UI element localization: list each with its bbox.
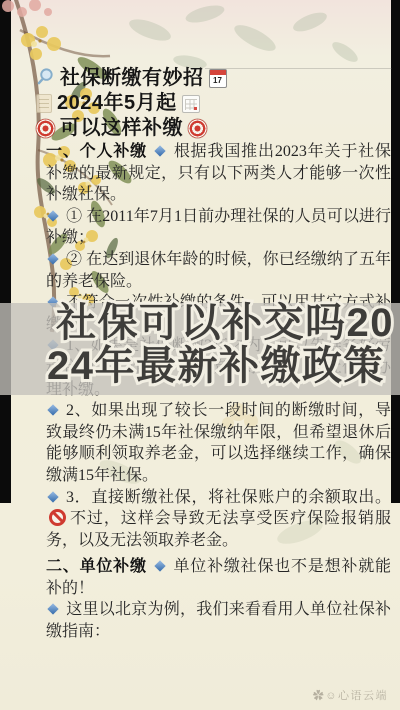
page-icon [36, 94, 52, 113]
diamond-bullet-icon [47, 253, 58, 264]
paragraph: 3．直接断缴社保，将社保账户的余额取出。不过，这样会导致无法享受医疗保险报销服务… [46, 487, 391, 552]
magnifier-icon [36, 67, 55, 91]
body-run: 2、如果出现了较长一段时间的断缴时间，导致最终仍未满15年社保缴纳年限，但希望退… [46, 402, 391, 484]
paragraph: 二、单位补缴单位补缴社保也不是想补就能补的！ [46, 556, 391, 599]
paragraph: 一、个人补缴根据我国推出2023年关于社保补缴的最新规定，只有以下两类人才能够一… [46, 141, 391, 206]
no-entry-icon [49, 509, 66, 526]
overlay-line2: 24年最新补缴政策24年最新补缴政策 [47, 344, 400, 388]
calendar-day: 17 [210, 75, 226, 86]
diamond-bullet-icon [154, 145, 165, 156]
paragraph: ② 在达到退休年龄的时候，你已经缴纳了五年的养老保险。 [46, 249, 391, 292]
right-black-bar [391, 0, 400, 503]
title-line2: 2024年5月起 [57, 91, 177, 116]
title-line3: 可以这样补缴 [60, 116, 183, 141]
paragraph: 2、如果出现了较长一段时间的断缴时间，导致最终仍未满15年社保缴纳年限，但希望退… [46, 400, 391, 486]
image-card: 社保断缴有妙招 17 2024年5月起 可以这样补缴 一、个人补缴根据我国推出2… [0, 0, 400, 710]
overlay-title: 社保可以补交吗20社保可以补交吗20 24年最新补缴政策24年最新补缴政策 [0, 301, 400, 388]
left-black-bar [0, 0, 11, 503]
calendar-grid-icon [182, 95, 200, 113]
overlay-line1-text: 社保可以补交吗20 [56, 301, 394, 345]
section-header: 一、个人补缴 [46, 143, 147, 160]
calendar-17-icon: 17 [209, 69, 227, 88]
overlay-line1: 社保可以补交吗20社保可以补交吗20 [56, 301, 400, 345]
divider-line [205, 68, 392, 69]
paragraph: ① 在2011年7月1日前办理社保的人员可以进行补缴； [46, 206, 391, 249]
diamond-bullet-icon [47, 491, 58, 502]
body-run: 这里以北京为例，我们来看看用人单位社保补缴指南： [46, 601, 391, 640]
body-run: 3．直接断缴社保，将社保账户的余额取出。 [66, 489, 391, 506]
body-run: ② 在达到退休年龄的时候，你已经缴纳了五年的养老保险。 [46, 251, 391, 290]
dartboard-icon [188, 119, 207, 138]
diamond-bullet-icon [47, 210, 58, 221]
title-row-3: 可以这样补缴 [36, 116, 227, 141]
diamond-bullet-icon [154, 561, 165, 572]
body-run: ① 在2011年7月1日前办理社保的人员可以进行补缴； [46, 208, 391, 247]
title-row-2: 2024年5月起 [36, 91, 227, 116]
title-row-1: 社保断缴有妙招 17 [36, 66, 227, 91]
body-run: 不过，这样会导致无法享受医疗保险报销服务，以及无法领取养老金。 [46, 510, 391, 549]
diamond-bullet-icon [47, 604, 58, 615]
overlay-line2-text: 24年最新补缴政策 [47, 344, 385, 388]
section-header: 二、单位补缴 [46, 558, 147, 575]
dartboard-icon [36, 119, 55, 138]
diamond-bullet-icon [47, 404, 58, 415]
watermark: ✿☺心语云端 [313, 689, 388, 703]
title-line1: 社保断缴有妙招 [60, 66, 204, 91]
title-block: 社保断缴有妙招 17 2024年5月起 可以这样补缴 [36, 66, 227, 141]
paragraph: 这里以北京为例，我们来看看用人单位社保补缴指南： [46, 599, 391, 642]
